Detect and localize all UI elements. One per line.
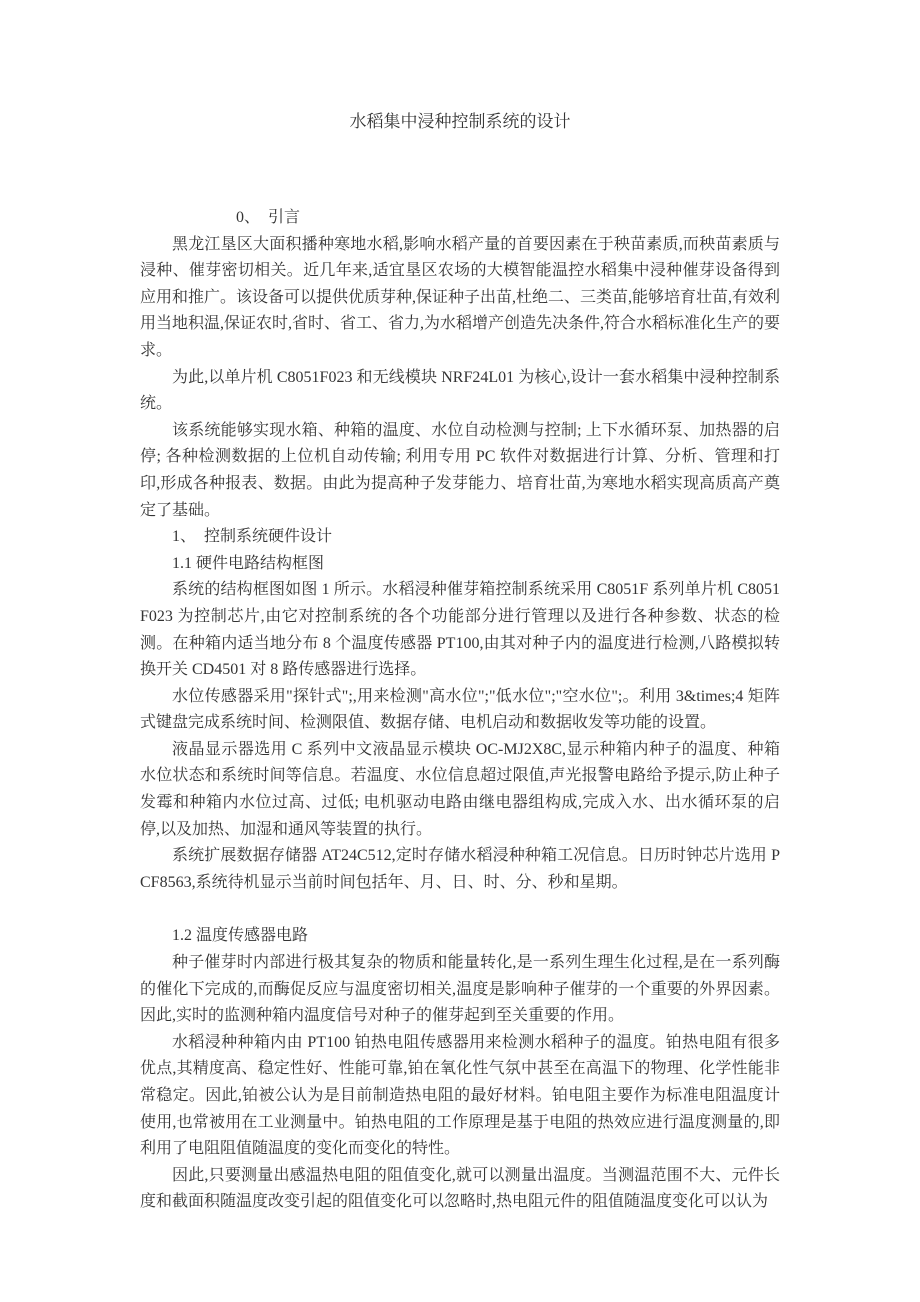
paragraph-germination-temperature: 种子催芽时内部进行极其复杂的物质和能量转化,是一系列生理生化过程,是在一系列酶的…: [140, 950, 780, 1030]
paragraph-lcd-display: 液晶显示器选用 C 系列中文液晶显示模块 OC-MJ2X8C,显示种箱内种子的温…: [140, 737, 780, 843]
paragraph-pt100-platinum-resistor: 水稻浸种种箱内由 PT100 铂热电阻传感器用来检测水稻种子的温度。铂热电阻有很…: [140, 1030, 780, 1163]
section-heading-0-intro: 0、 引言: [140, 205, 780, 232]
paragraph-water-level-sensor: 水位传感器采用"探针式";,用来检测"高水位";"低水位";"空水位";。利用 …: [140, 684, 780, 737]
blank-line: [140, 896, 780, 923]
paragraph-intro-1: 黑龙江垦区大面积播种寒地水稻,影响水稻产量的首要因素在于秧苗素质,而秧苗素质与浸…: [140, 232, 780, 365]
paragraph-intro-2: 为此,以单片机 C8051F023 和无线模块 NRF24L01 为核心,设计一…: [140, 365, 780, 418]
paragraph-resistance-measurement: 因此,只要测量出感温热电阻的阻值变化,就可以测量出温度。当测温范围不大、元件长度…: [140, 1163, 780, 1216]
paragraph-data-storage: 系统扩展数据存储器 AT24C512,定时存储水稻浸种种箱工况信息。日历时钟芯片…: [140, 843, 780, 896]
document-title: 水稻集中浸种控制系统的设计: [140, 108, 780, 136]
sub-heading-1-1-circuit-block-diagram: 1.1 硬件电路结构框图: [140, 551, 780, 578]
paragraph-intro-3: 该系统能够实现水箱、种箱的温度、水位自动检测与控制; 上下水循环泵、加热器的启停…: [140, 418, 780, 524]
sub-heading-1-2-temperature-sensor-circuit: 1.2 温度传感器电路: [140, 923, 780, 950]
paragraph-block-diagram-1: 系统的结构框图如图 1 所示。水稻浸种催芽箱控制系统采用 C8051F 系列单片…: [140, 577, 780, 683]
document-page: 水稻集中浸种控制系统的设计 0、 引言 黑龙江垦区大面积播种寒地水稻,影响水稻产…: [0, 0, 920, 1302]
section-heading-1-hardware-design: 1、 控制系统硬件设计: [140, 524, 780, 551]
